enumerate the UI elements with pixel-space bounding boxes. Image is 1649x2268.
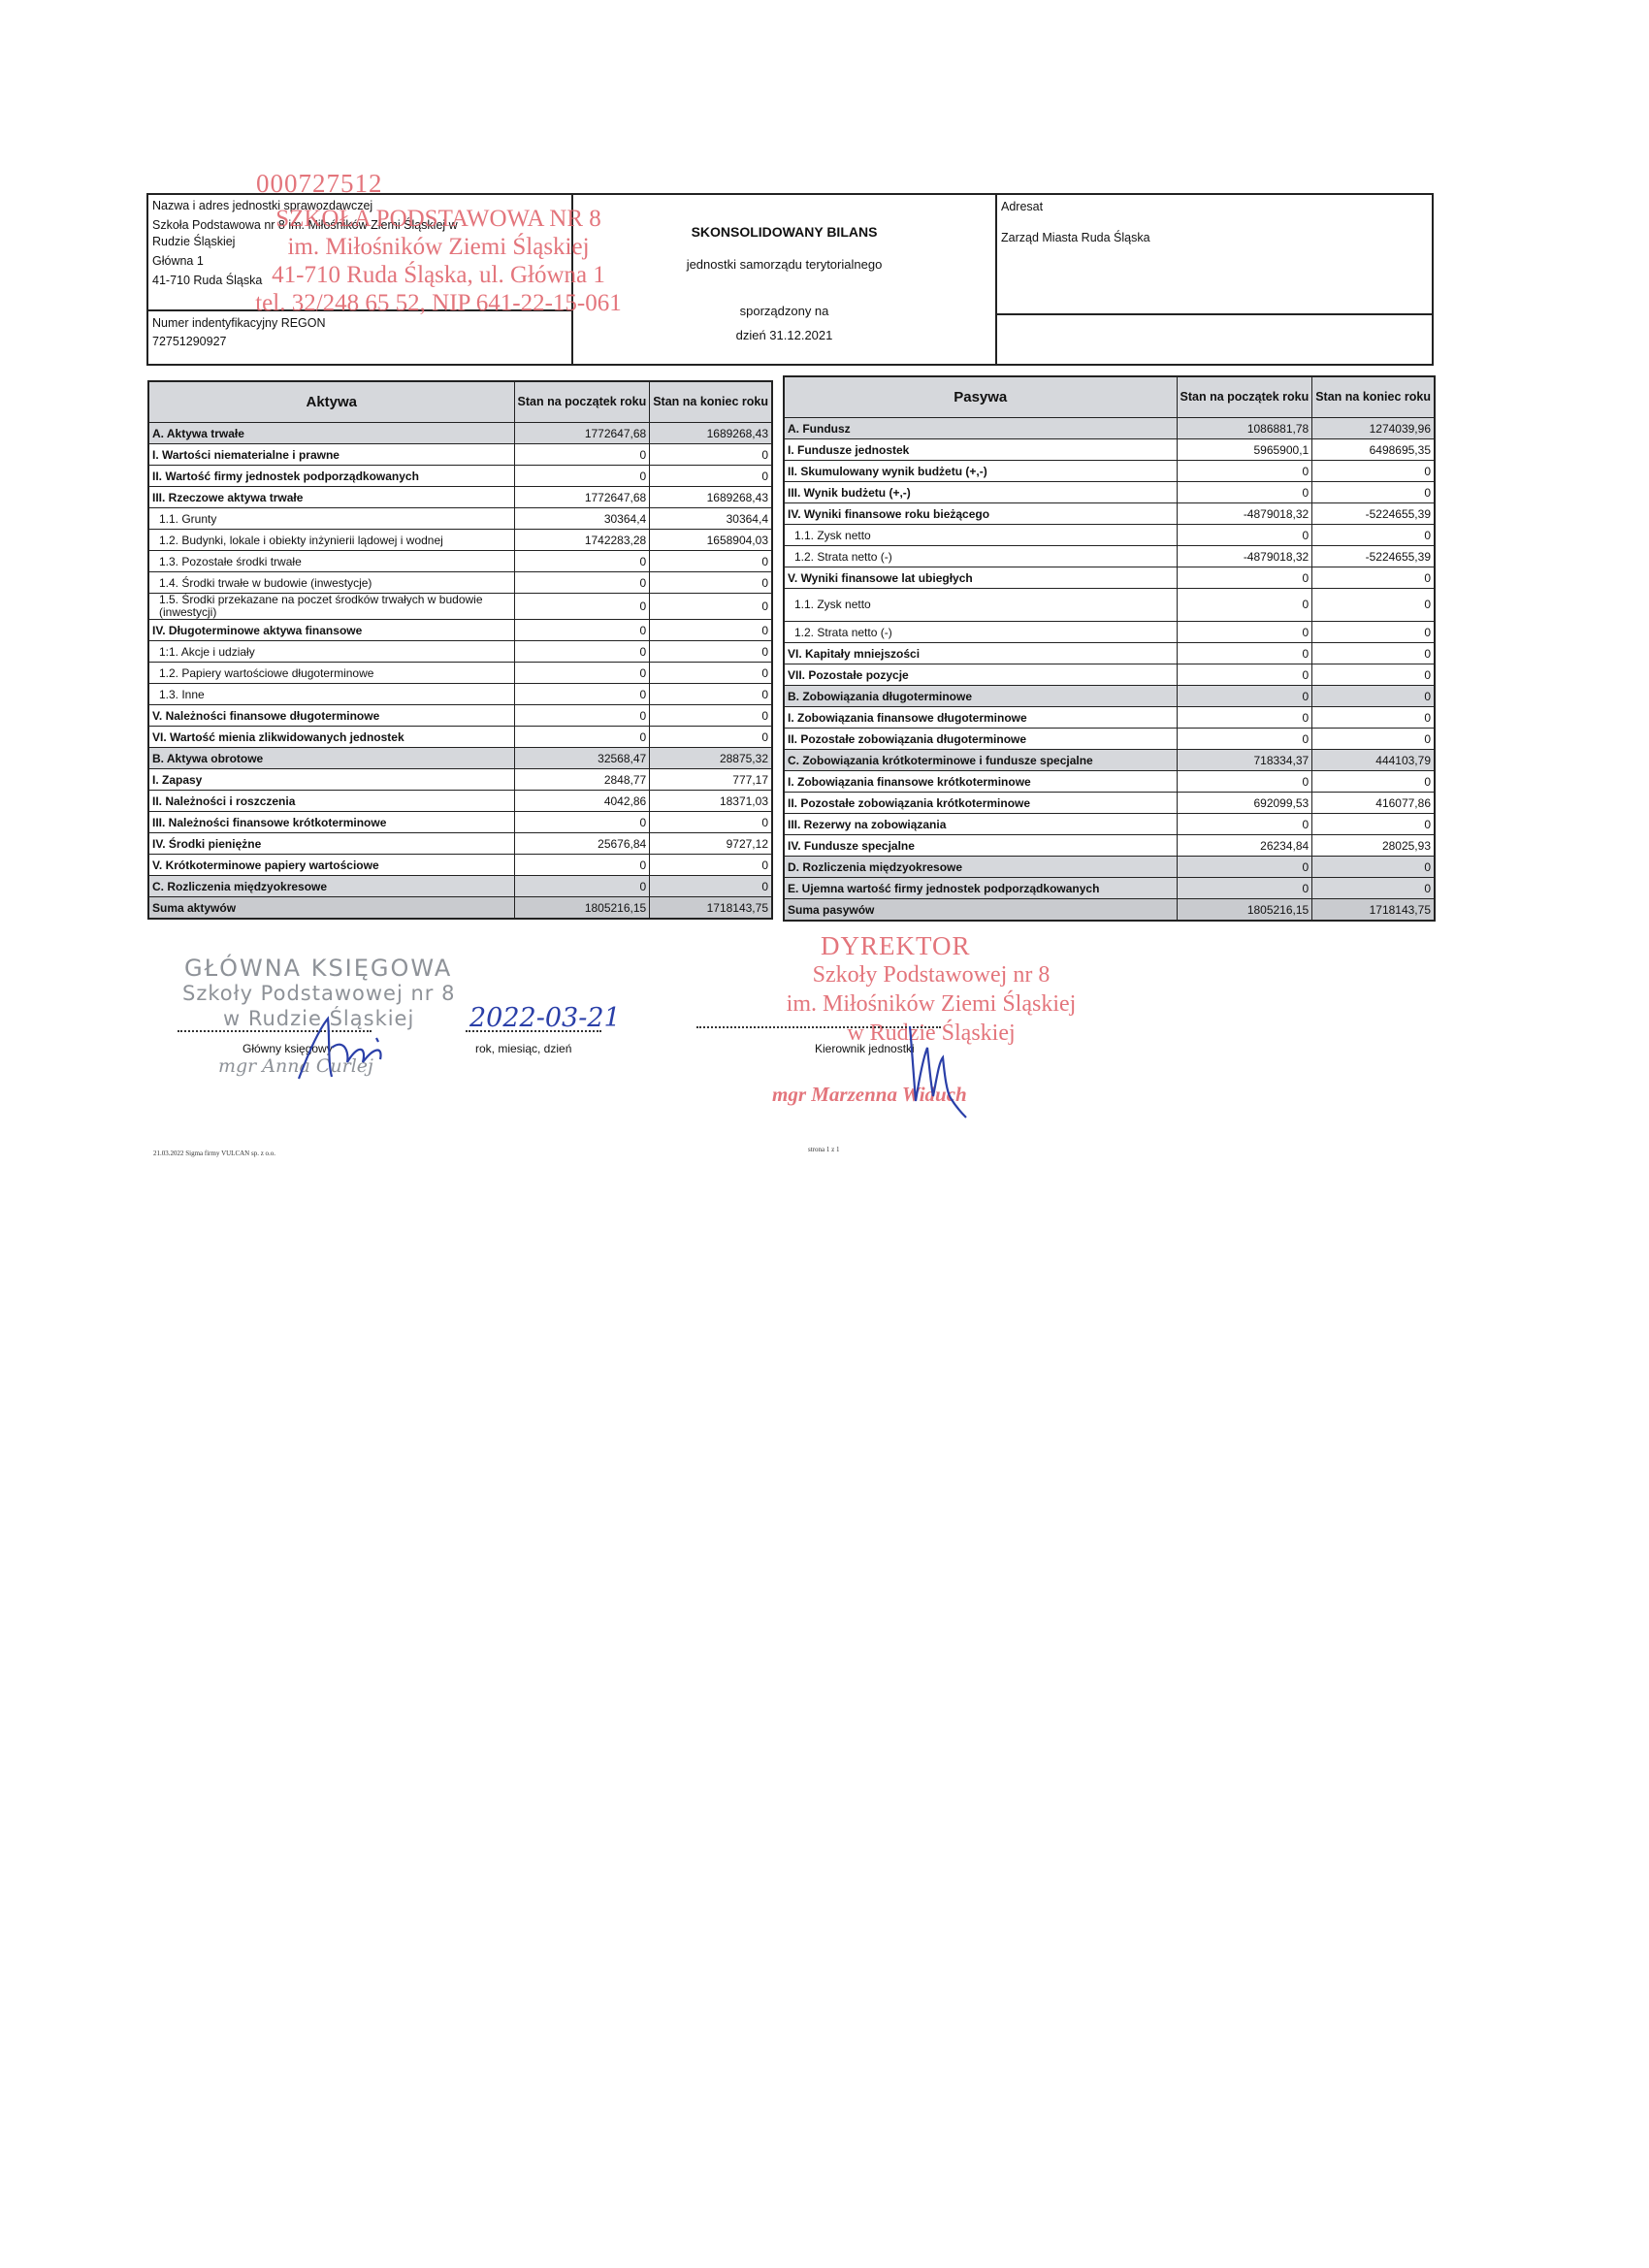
row-label: Suma pasywów bbox=[784, 899, 1177, 922]
regon-number: 72751290927 bbox=[152, 333, 567, 351]
row-label: B. Zobowiązania długoterminowe bbox=[784, 686, 1177, 707]
director-signature-icon bbox=[902, 1019, 970, 1120]
row-label: II. Należności i roszczenia bbox=[148, 791, 514, 812]
value-end-of-year: 0 bbox=[1312, 814, 1435, 835]
row-label: I. Fundusze jednostek bbox=[784, 439, 1177, 461]
table-row: II. Pozostałe zobowiązania długoterminow… bbox=[784, 729, 1435, 750]
row-label: VI. Wartość mienia zlikwidowanych jednos… bbox=[148, 727, 514, 748]
value-start-of-year: 0 bbox=[514, 684, 650, 705]
value-end-of-year: 0 bbox=[650, 551, 772, 572]
addressee-name: Zarząd Miasta Ruda Śląska bbox=[1001, 230, 1428, 246]
value-end-of-year: 30364,4 bbox=[650, 508, 772, 530]
row-label: IV. Wyniki finansowe roku bieżącego bbox=[784, 503, 1177, 525]
value-end-of-year: -5224655,39 bbox=[1312, 503, 1435, 525]
table-row: I. Wartości niematerialne i prawne00 bbox=[148, 444, 772, 466]
row-label: C. Zobowiązania krótkoterminowe i fundus… bbox=[784, 750, 1177, 771]
row-label: VII. Pozostałe pozycje bbox=[784, 664, 1177, 686]
value-end-of-year: 28875,32 bbox=[650, 748, 772, 769]
table-row: IV. Wyniki finansowe roku bieżącego-4879… bbox=[784, 503, 1435, 525]
assets-header-row: Aktywa Stan na początek roku Stan na kon… bbox=[148, 381, 772, 423]
value-start-of-year: 0 bbox=[514, 705, 650, 727]
table-row: Suma pasywów1805216,151718143,75 bbox=[784, 899, 1435, 922]
value-end-of-year: 1274039,96 bbox=[1312, 418, 1435, 439]
row-label: IV. Środki pieniężne bbox=[148, 833, 514, 855]
value-end-of-year: 1718143,75 bbox=[650, 897, 772, 920]
table-row: B. Aktywa obrotowe32568,4728875,32 bbox=[148, 748, 772, 769]
value-end-of-year: 416077,86 bbox=[1312, 793, 1435, 814]
column-header: Pasywa bbox=[784, 376, 1177, 418]
row-label: 1.3. Inne bbox=[148, 684, 514, 705]
row-label: 1:1. Akcje i udziały bbox=[148, 641, 514, 663]
assets-rows: A. Aktywa trwałe1772647,681689268,43I. W… bbox=[148, 423, 772, 920]
value-end-of-year: 0 bbox=[650, 727, 772, 748]
row-label: VI. Kapitały mniejszości bbox=[784, 643, 1177, 664]
table-row: E. Ujemna wartość firmy jednostek podpor… bbox=[784, 878, 1435, 899]
value-end-of-year: 18371,03 bbox=[650, 791, 772, 812]
report-title: SKONSOLIDOWANY BILANS bbox=[573, 224, 995, 240]
value-end-of-year: 0 bbox=[650, 572, 772, 594]
liabilities-rows: A. Fundusz1086881,781274039,96I. Fundusz… bbox=[784, 418, 1435, 922]
table-row: I. Zapasy2848,77777,17 bbox=[148, 769, 772, 791]
school-stamp-line: 41-710 Ruda Śląska, ul. Główna 1 bbox=[254, 261, 623, 289]
document-number-stamp: 000727512 bbox=[256, 169, 383, 199]
table-row: IV. Długoterminowe aktywa finansowe00 bbox=[148, 620, 772, 641]
value-end-of-year: 444103,79 bbox=[1312, 750, 1435, 771]
table-row: 1.2. Papiery wartościowe długoterminowe0… bbox=[148, 663, 772, 684]
addressee-empty-cell bbox=[997, 313, 1432, 364]
school-stamp-line: tel. 32/248 65 52, NIP 641-22-15-061 bbox=[254, 289, 623, 317]
column-header: Stan na początek roku bbox=[514, 381, 650, 423]
value-end-of-year: 0 bbox=[650, 705, 772, 727]
value-end-of-year: 0 bbox=[1312, 664, 1435, 686]
table-row: 1.3. Pozostałe środki trwałe00 bbox=[148, 551, 772, 572]
row-label: 1.2. Budynki, lokale i obiekty inżynieri… bbox=[148, 530, 514, 551]
table-row: VII. Pozostałe pozycje00 bbox=[784, 664, 1435, 686]
footer-page-number: strona 1 z 1 bbox=[808, 1146, 839, 1153]
row-label: 1.2. Strata netto (-) bbox=[784, 546, 1177, 567]
table-row: III. Wynik budżetu (+,-)00 bbox=[784, 482, 1435, 503]
table-row: I. Zobowiązania finansowe krótkoterminow… bbox=[784, 771, 1435, 793]
value-end-of-year: 9727,12 bbox=[650, 833, 772, 855]
value-start-of-year: 692099,53 bbox=[1177, 793, 1312, 814]
table-row: 1.4. Środki trwałe w budowie (inwestycje… bbox=[148, 572, 772, 594]
value-start-of-year: 0 bbox=[514, 855, 650, 876]
value-start-of-year: 0 bbox=[1177, 878, 1312, 899]
value-start-of-year: 0 bbox=[514, 572, 650, 594]
handwritten-date: 2022-03-21 bbox=[469, 1003, 621, 1033]
value-end-of-year: 0 bbox=[1312, 857, 1435, 878]
table-row: II. Wartość firmy jednostek podporządkow… bbox=[148, 466, 772, 487]
value-start-of-year: 2848,77 bbox=[514, 769, 650, 791]
table-row: C. Rozliczenia międzyokresowe00 bbox=[148, 876, 772, 897]
accountant-stamp-line: Szkoły Podstawowej nr 8 bbox=[182, 982, 455, 1005]
value-end-of-year: 0 bbox=[650, 466, 772, 487]
table-row: I. Fundusze jednostek5965900,16498695,35 bbox=[784, 439, 1435, 461]
value-start-of-year: 5965900,1 bbox=[1177, 439, 1312, 461]
row-label: IV. Fundusze specjalne bbox=[784, 835, 1177, 857]
value-end-of-year: 1718143,75 bbox=[1312, 899, 1435, 922]
row-label: III. Rzeczowe aktywa trwałe bbox=[148, 487, 514, 508]
value-start-of-year: 0 bbox=[1177, 664, 1312, 686]
value-end-of-year: 1689268,43 bbox=[650, 487, 772, 508]
value-start-of-year: 4042,86 bbox=[514, 791, 650, 812]
row-label: Suma aktywów bbox=[148, 897, 514, 920]
row-label: C. Rozliczenia międzyokresowe bbox=[148, 876, 514, 897]
table-row: 1.3. Inne00 bbox=[148, 684, 772, 705]
value-start-of-year: -4879018,32 bbox=[1177, 546, 1312, 567]
table-row: I. Zobowiązania finansowe długoterminowe… bbox=[784, 707, 1435, 729]
report-subtitle: jednostki samorządu terytorialnego bbox=[573, 257, 995, 272]
liabilities-table: Pasywa Stan na początek roku Stan na kon… bbox=[783, 375, 1436, 922]
value-start-of-year: 0 bbox=[1177, 589, 1312, 622]
value-end-of-year: 0 bbox=[1312, 567, 1435, 589]
regon-cell: Numer indentyfikacyjny REGON 72751290927 bbox=[148, 309, 571, 364]
table-row: 1:1. Akcje i udziały00 bbox=[148, 641, 772, 663]
date-label: rok, miesiąc, dzień bbox=[475, 1042, 571, 1055]
value-start-of-year: 0 bbox=[1177, 622, 1312, 643]
school-stamp-line: SZKOŁA PODSTAWOWA NR 8 bbox=[254, 205, 623, 233]
row-label: 1.5. Środki przekazane na poczet środków… bbox=[148, 594, 514, 620]
value-start-of-year: 1772647,68 bbox=[514, 423, 650, 444]
value-start-of-year: 0 bbox=[514, 620, 650, 641]
value-end-of-year: 0 bbox=[650, 594, 772, 620]
value-start-of-year: 26234,84 bbox=[1177, 835, 1312, 857]
value-start-of-year: 30364,4 bbox=[514, 508, 650, 530]
table-row: V. Krótkoterminowe papiery wartościowe00 bbox=[148, 855, 772, 876]
value-end-of-year: 0 bbox=[1312, 589, 1435, 622]
head-label: Kierownik jednostki bbox=[815, 1042, 915, 1055]
value-end-of-year: 0 bbox=[1312, 643, 1435, 664]
value-end-of-year: 0 bbox=[650, 663, 772, 684]
table-row: C. Zobowiązania krótkoterminowe i fundus… bbox=[784, 750, 1435, 771]
value-start-of-year: 1772647,68 bbox=[514, 487, 650, 508]
table-row: III. Rzeczowe aktywa trwałe1772647,68168… bbox=[148, 487, 772, 508]
table-row: 1.2. Budynki, lokale i obiekty inżynieri… bbox=[148, 530, 772, 551]
addressee-label: Adresat bbox=[1001, 199, 1428, 215]
value-start-of-year: 1742283,28 bbox=[514, 530, 650, 551]
row-label: 1.1. Zysk netto bbox=[784, 589, 1177, 622]
value-start-of-year: 1805216,15 bbox=[1177, 899, 1312, 922]
table-row: 1.1. Zysk netto00 bbox=[784, 589, 1435, 622]
director-stamp-line: Szkoły Podstawowej nr 8 bbox=[757, 960, 1106, 989]
table-row: IV. Środki pieniężne25676,849727,12 bbox=[148, 833, 772, 855]
row-label: D. Rozliczenia międzyokresowe bbox=[784, 857, 1177, 878]
row-label: I. Wartości niematerialne i prawne bbox=[148, 444, 514, 466]
table-row: 1.1. Zysk netto00 bbox=[784, 525, 1435, 546]
value-start-of-year: 0 bbox=[1177, 643, 1312, 664]
row-label: I. Zapasy bbox=[148, 769, 514, 791]
row-label: III. Należności finansowe krótkoterminow… bbox=[148, 812, 514, 833]
row-label: IV. Długoterminowe aktywa finansowe bbox=[148, 620, 514, 641]
table-row: D. Rozliczenia międzyokresowe00 bbox=[784, 857, 1435, 878]
value-start-of-year: 0 bbox=[1177, 814, 1312, 835]
value-end-of-year: 0 bbox=[1312, 525, 1435, 546]
value-start-of-year: 0 bbox=[514, 594, 650, 620]
value-end-of-year: 0 bbox=[650, 812, 772, 833]
value-start-of-year: 0 bbox=[514, 876, 650, 897]
value-start-of-year: 0 bbox=[514, 466, 650, 487]
column-header: Stan na koniec roku bbox=[650, 381, 772, 423]
value-start-of-year: 0 bbox=[1177, 857, 1312, 878]
row-label: II. Skumulowany wynik budżetu (+,-) bbox=[784, 461, 1177, 482]
value-end-of-year: 0 bbox=[650, 684, 772, 705]
row-label: V. Krótkoterminowe papiery wartościowe bbox=[148, 855, 514, 876]
row-label: 1.3. Pozostałe środki trwałe bbox=[148, 551, 514, 572]
row-label: 1.1. Zysk netto bbox=[784, 525, 1177, 546]
footer-software-note: 21.03.2022 Sigma firmy VULCAN sp. z o.o. bbox=[153, 1150, 275, 1157]
row-label: I. Zobowiązania finansowe krótkoterminow… bbox=[784, 771, 1177, 793]
table-row: V. Wyniki finansowe lat ubiegłych00 bbox=[784, 567, 1435, 589]
value-start-of-year: 718334,37 bbox=[1177, 750, 1312, 771]
value-start-of-year: 0 bbox=[514, 663, 650, 684]
accountant-signature-icon bbox=[291, 1009, 398, 1086]
table-row: II. Skumulowany wynik budżetu (+,-)00 bbox=[784, 461, 1435, 482]
table-row: VI. Kapitały mniejszości00 bbox=[784, 643, 1435, 664]
table-row: B. Zobowiązania długoterminowe00 bbox=[784, 686, 1435, 707]
value-start-of-year: 0 bbox=[514, 727, 650, 748]
column-header: Stan na początek roku bbox=[1177, 376, 1312, 418]
value-start-of-year: 0 bbox=[514, 641, 650, 663]
value-end-of-year: 0 bbox=[650, 620, 772, 641]
value-start-of-year: 0 bbox=[514, 812, 650, 833]
value-end-of-year: 1689268,43 bbox=[650, 423, 772, 444]
table-row: 1.2. Strata netto (-)-4879018,32-5224655… bbox=[784, 546, 1435, 567]
row-label: A. Fundusz bbox=[784, 418, 1177, 439]
table-row: 1.1. Grunty30364,430364,4 bbox=[148, 508, 772, 530]
value-end-of-year: 0 bbox=[1312, 878, 1435, 899]
value-start-of-year: 32568,47 bbox=[514, 748, 650, 769]
value-start-of-year: 1805216,15 bbox=[514, 897, 650, 920]
row-label: A. Aktywa trwałe bbox=[148, 423, 514, 444]
table-row: A. Fundusz1086881,781274039,96 bbox=[784, 418, 1435, 439]
liabilities-header-row: Pasywa Stan na początek roku Stan na kon… bbox=[784, 376, 1435, 418]
table-row: III. Rezerwy na zobowiązania00 bbox=[784, 814, 1435, 835]
row-label: I. Zobowiązania finansowe długoterminowe bbox=[784, 707, 1177, 729]
row-label: II. Wartość firmy jednostek podporządkow… bbox=[148, 466, 514, 487]
addressee-cell: Adresat Zarząd Miasta Ruda Śląska bbox=[997, 195, 1432, 364]
row-label: 1.4. Środki trwałe w budowie (inwestycje… bbox=[148, 572, 514, 594]
value-start-of-year: 0 bbox=[514, 444, 650, 466]
value-start-of-year: 0 bbox=[514, 551, 650, 572]
value-end-of-year: 6498695,35 bbox=[1312, 439, 1435, 461]
value-start-of-year: 0 bbox=[1177, 707, 1312, 729]
table-row: IV. Fundusze specjalne26234,8428025,93 bbox=[784, 835, 1435, 857]
column-header: Stan na koniec roku bbox=[1312, 376, 1435, 418]
value-start-of-year: 0 bbox=[1177, 686, 1312, 707]
value-start-of-year: 0 bbox=[1177, 729, 1312, 750]
table-row: 1.2. Strata netto (-)00 bbox=[784, 622, 1435, 643]
value-end-of-year: -5224655,39 bbox=[1312, 546, 1435, 567]
value-end-of-year: 0 bbox=[1312, 707, 1435, 729]
row-label: V. Wyniki finansowe lat ubiegłych bbox=[784, 567, 1177, 589]
report-title-cell: SKONSOLIDOWANY BILANS jednostki samorząd… bbox=[573, 195, 997, 364]
assets-table: Aktywa Stan na początek roku Stan na kon… bbox=[147, 380, 773, 920]
table-row: Suma aktywów1805216,151718143,75 bbox=[148, 897, 772, 920]
value-end-of-year: 0 bbox=[1312, 622, 1435, 643]
table-row: A. Aktywa trwałe1772647,681689268,43 bbox=[148, 423, 772, 444]
row-label: 1.1. Grunty bbox=[148, 508, 514, 530]
value-end-of-year: 1658904,03 bbox=[650, 530, 772, 551]
table-row: 1.5. Środki przekazane na poczet środków… bbox=[148, 594, 772, 620]
value-end-of-year: 0 bbox=[1312, 482, 1435, 503]
table-row: II. Pozostałe zobowiązania krótkotermino… bbox=[784, 793, 1435, 814]
value-start-of-year: 0 bbox=[1177, 771, 1312, 793]
column-header: Aktywa bbox=[148, 381, 514, 423]
value-end-of-year: 0 bbox=[650, 876, 772, 897]
value-end-of-year: 0 bbox=[1312, 686, 1435, 707]
row-label: 1.2. Strata netto (-) bbox=[784, 622, 1177, 643]
table-row: II. Należności i roszczenia4042,8618371,… bbox=[148, 791, 772, 812]
value-start-of-year: 25676,84 bbox=[514, 833, 650, 855]
value-start-of-year: -4879018,32 bbox=[1177, 503, 1312, 525]
row-label: B. Aktywa obrotowe bbox=[148, 748, 514, 769]
table-row: VI. Wartość mienia zlikwidowanych jednos… bbox=[148, 727, 772, 748]
value-end-of-year: 0 bbox=[650, 855, 772, 876]
value-end-of-year: 0 bbox=[650, 641, 772, 663]
value-end-of-year: 0 bbox=[1312, 461, 1435, 482]
accountant-stamp-title: GŁÓWNA KSIĘGOWA bbox=[184, 955, 452, 982]
row-label: III. Wynik budżetu (+,-) bbox=[784, 482, 1177, 503]
school-stamp: SZKOŁA PODSTAWOWA NR 8 im. Miłośników Zi… bbox=[254, 205, 623, 317]
row-label: 1.2. Papiery wartościowe długoterminowe bbox=[148, 663, 514, 684]
prepared-date: dzień 31.12.2021 bbox=[573, 328, 995, 342]
value-start-of-year: 0 bbox=[1177, 461, 1312, 482]
row-label: II. Pozostałe zobowiązania długoterminow… bbox=[784, 729, 1177, 750]
row-label: E. Ujemna wartość firmy jednostek podpor… bbox=[784, 878, 1177, 899]
value-end-of-year: 0 bbox=[1312, 771, 1435, 793]
school-stamp-line: im. Miłośników Ziemi Śląskiej bbox=[254, 233, 623, 261]
prepared-label: sporządzony na bbox=[573, 304, 995, 318]
value-start-of-year: 0 bbox=[1177, 482, 1312, 503]
value-end-of-year: 28025,93 bbox=[1312, 835, 1435, 857]
value-end-of-year: 0 bbox=[1312, 729, 1435, 750]
row-label: II. Pozostałe zobowiązania krótkotermino… bbox=[784, 793, 1177, 814]
row-label: V. Należności finansowe długoterminowe bbox=[148, 705, 514, 727]
row-label: III. Rezerwy na zobowiązania bbox=[784, 814, 1177, 835]
director-stamp-line: im. Miłośników Ziemi Śląskiej bbox=[757, 989, 1106, 1019]
value-start-of-year: 0 bbox=[1177, 567, 1312, 589]
value-end-of-year: 0 bbox=[650, 444, 772, 466]
table-row: III. Należności finansowe krótkoterminow… bbox=[148, 812, 772, 833]
table-row: V. Należności finansowe długoterminowe00 bbox=[148, 705, 772, 727]
value-start-of-year: 0 bbox=[1177, 525, 1312, 546]
value-end-of-year: 777,17 bbox=[650, 769, 772, 791]
value-start-of-year: 1086881,78 bbox=[1177, 418, 1312, 439]
director-stamp-title: DYREKTOR bbox=[821, 931, 971, 961]
